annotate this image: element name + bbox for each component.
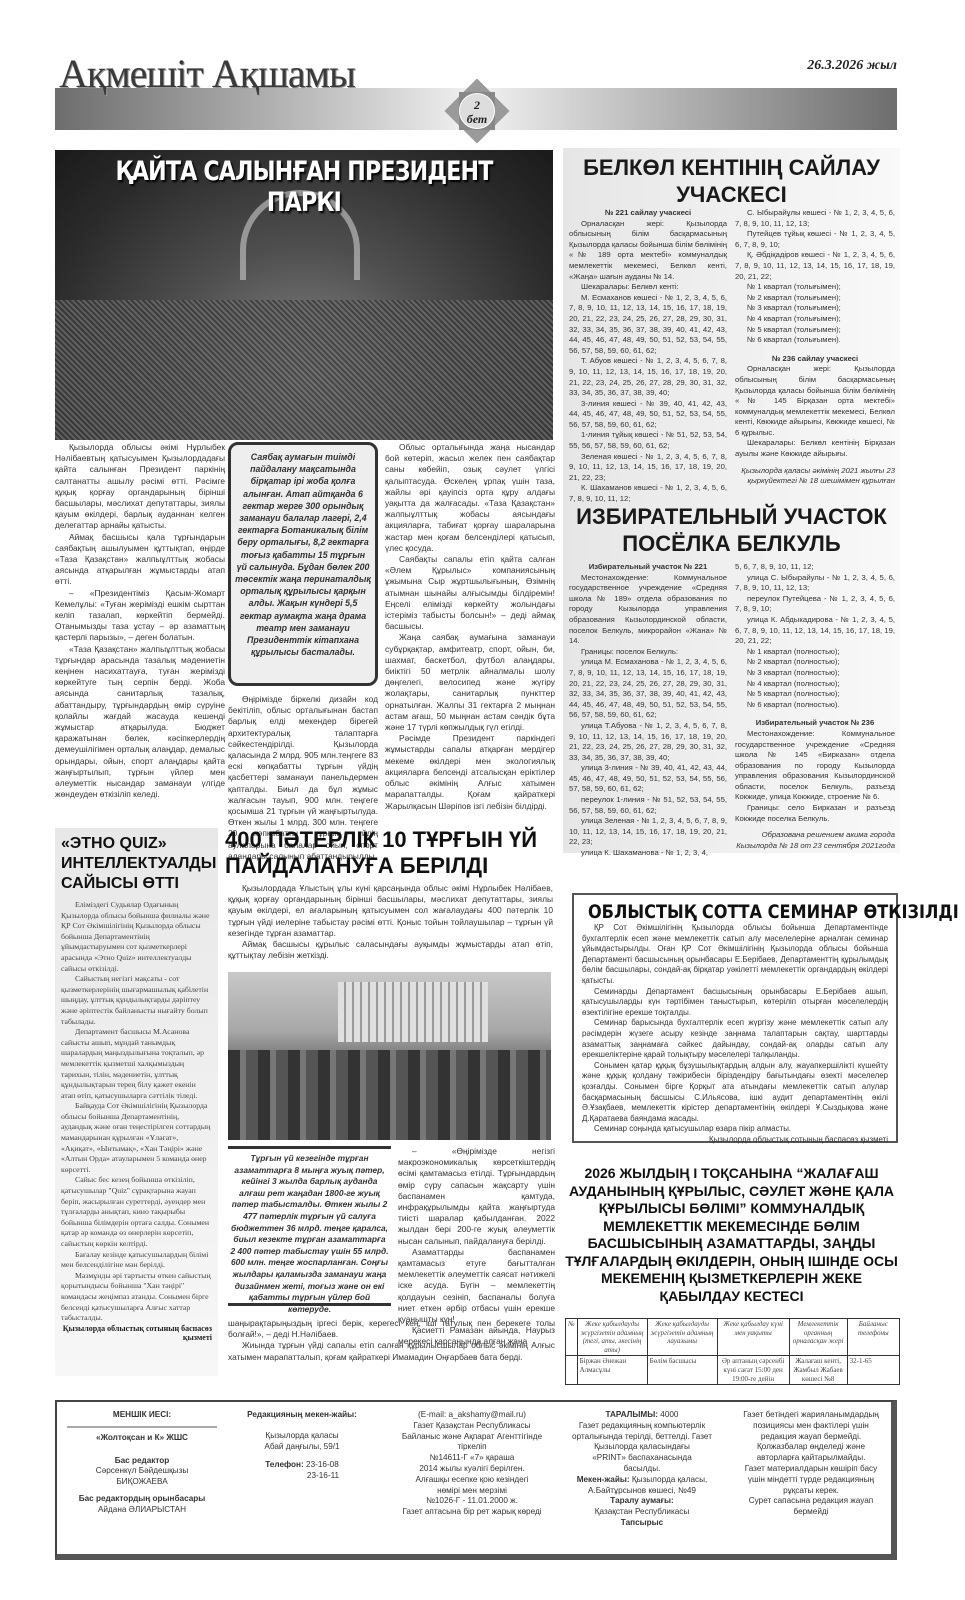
paragraph: № 2 квартал (полностью);	[735, 657, 895, 668]
disclaimer-line: Газет материалдарын көшіріп басу	[732, 1464, 890, 1475]
paragraph: улица Т.Абуова - № 1, 2, 3, 4, 5, 6, 7, …	[569, 721, 727, 763]
paragraph: Департамент басшысы М.Асанова сайысты аш…	[61, 1027, 212, 1101]
paragraph: Орналасқан жері: Қызылорда облысының біл…	[735, 364, 895, 438]
park-headline: ҚАЙТА САЛЫНҒАН ПРЕЗИДЕНТ ПАРКІ	[100, 156, 508, 218]
distribution-value: Қазақстан Республикасы	[562, 1507, 722, 1518]
paragraph: Семинар соңында қатысушылар өзара пікір …	[582, 1124, 888, 1135]
paragraph: Орналасқан жері: Қызылорда облысының біл…	[569, 219, 727, 283]
precinct-heading: № 221 сайлау учаскесі	[569, 208, 727, 219]
address-city: Қызылорда қаласы	[242, 1431, 362, 1442]
newspaper-title: Ақмешіт Ақшамы	[59, 50, 355, 97]
address-label: Редакцияның мекен-жайы:	[242, 1410, 362, 1421]
paragraph: – «Президентіміз Қасым-Жомарт Кемелұлы: …	[55, 588, 225, 644]
paragraph: Саябақты сапалы етіп қайта салған «Әлем …	[385, 554, 555, 632]
table-header-row: № Жеке қабылдауды жүргізетін адамның (те…	[566, 1319, 900, 1356]
paragraph: Сайыстың негізгі мақсаты - сот қызметкер…	[61, 974, 212, 1027]
paragraph: улица 3-линия - № 39, 40, 41, 42, 43, 44…	[569, 763, 727, 795]
ethno-quiz-headline: «ЭТНО QUIZ» ИНТЕЛЛЕКТУАЛДЫ САЙЫСЫ ӨТТІ	[61, 834, 212, 894]
paragraph: Жаңа саябақ аумағына заманауи субұрқақта…	[385, 632, 555, 733]
circulation-value: 4000	[660, 1410, 678, 1419]
circulation-label: ТАРАЛЫМЫ:	[606, 1410, 658, 1419]
column-header: Жеке қабылдау күні мен уақыты	[717, 1319, 789, 1356]
column-header: Мемлекеттік органның орналасқан жері	[789, 1319, 847, 1356]
paragraph: 5, 6, 7, 8, 9, 10, 11, 12;	[735, 562, 895, 573]
paragraph: № 2 квартал (толығымен);	[735, 293, 895, 304]
masthead: Ақмешіт Ақшамы 26.3.2026 жыл 2 бет	[55, 50, 897, 150]
paragraph: шаңырақтарыңыздың іргесі берік, керегесі…	[228, 1318, 555, 1340]
imprint-footer: МЕНШІК ИЕСІ: «Жолтоқсан и К» ЖШС Бас ред…	[55, 1400, 897, 1560]
paragraph: № 4 квартал (полностью);	[735, 679, 895, 690]
court-seminar-article: ОБЛЫСТЫҚ СОТТА СЕМИНАР ӨТКІЗІЛДІ ҚР Сот …	[572, 893, 898, 1143]
paragraph: Местонахождение: Коммунальное государств…	[569, 573, 727, 647]
column-header: Байланыс телефоны	[847, 1319, 899, 1356]
issue-date: 26.3.2026 жыл	[807, 58, 897, 74]
housing-tail: шаңырақтарыңыздың іргесі берік, керегесі…	[228, 1318, 555, 1363]
paragraph: Сонымен қатар құқық бұзушылықтардың алды…	[582, 1061, 888, 1125]
paragraph: переулок Путейцева - № 1, 2, 3, 4, 5, 6,…	[735, 594, 895, 615]
park-photo: ҚАЙТА САЛЫНҒАН ПРЕЗИДЕНТ ПАРКІ	[55, 150, 553, 440]
page-number-badge: 2 бет	[450, 78, 504, 148]
print-line: басылды.	[562, 1464, 722, 1475]
page-number: 2	[460, 98, 494, 112]
reg-line: Алғашқы есепке қою кезіндегі	[392, 1475, 552, 1486]
paragraph: Мазмұнды әрі тартысты өткен сайыстың қор…	[61, 1271, 212, 1324]
paragraph: № 3 квартал (толығымен);	[735, 303, 895, 314]
housing-headline: 400 ПӘТЕРЛІК 10 ТҰРҒЫН ҮЙ ПАЙДАЛАНУҒА БЕ…	[225, 827, 560, 879]
court-seminar-signature: Қызылорда облыстық сотының баспасөз қызм…	[582, 1135, 888, 1146]
disclaimer-line: Қолжазбалар өңделеді және	[732, 1442, 890, 1453]
paragraph: Аймақ басшысы құрылыс саласындағы ауқымд…	[228, 939, 553, 961]
paragraph: № 6 квартал (толығымен).	[735, 335, 895, 346]
paragraph: Байқауда Сот Әкімшілігінің Қызылорда обл…	[61, 1101, 212, 1175]
disclaimer-line: рұқсаты керек.	[732, 1486, 890, 1497]
reg-line: Газет Қазақстан Республикасы	[392, 1421, 552, 1432]
reg-line: Газет аптасына бір рет жарық көреді	[392, 1507, 552, 1518]
reg-line: №1026-Г - 11.01.2000 ж.	[392, 1496, 552, 1507]
paragraph: – «Өңірімізде негізгі макроэкономикалық …	[398, 1146, 555, 1247]
paragraph: № 4 квартал (толығымен);	[735, 314, 895, 325]
footer-print-column: ТАРАЛЫМЫ: 4000 Газет редакцияның компьют…	[562, 1410, 722, 1529]
paragraph: № 5 квартал (полностью);	[735, 689, 895, 700]
paragraph: 1-линия тұйық көшесі - № 51, 52, 53, 54,…	[569, 430, 727, 451]
paragraph: Т. Абуов көшесі - № 1, 2, 3, 4, 5, 6, 7,…	[569, 356, 727, 398]
housing-lead: Қызылордада Ұлыстың ұлы күні қарсаңында …	[228, 883, 553, 961]
paragraph: № 1 квартал (толығымен);	[735, 282, 895, 293]
park-pull-quote: Саябақ аумағын тиімді пайдалану мақсатын…	[228, 442, 378, 686]
belkol-headline: БЕЛКӨЛ КЕНТІНІҢ САЙЛАУ УЧАСКЕСІ	[563, 154, 900, 208]
paragraph: Рәсімде Президент паркіндегі жұмыстарды …	[385, 733, 555, 811]
paragraph: улица С. Ыбырайулы - № 1, 2, 3, 4, 5, 6,…	[735, 573, 895, 594]
paragraph: переулок 1-линия - № 51, 52, 53, 54, 55,…	[569, 795, 727, 816]
editor-name: Сәрсенкүл Бәйдешқызы	[67, 1466, 217, 1477]
paragraph: Путейцев тұйық көшесі - № 1, 2, 3, 4, 5,…	[735, 229, 895, 250]
paragraph: Қызылордада Ұлыстың ұлы күні қарсаңында …	[228, 883, 553, 939]
table-cell	[566, 1356, 578, 1385]
paragraph: № 5 квартал (толығымен);	[735, 325, 895, 336]
belkol-kz-column-1: № 221 сайлау учаскесіОрналасқан жері: Қы…	[569, 208, 727, 505]
paragraph: Аймақ басшысы қала тұрғындарын саябақтың…	[55, 532, 225, 588]
precinct-decree-note: Образована решением акима города Кызылор…	[735, 830, 895, 851]
park-column-1: Қызылорда облысы әкімі Нұрлыбек Нәлібаев…	[55, 442, 225, 801]
paragraph: Семинар барысында бухгалтерлік есеп жүрг…	[582, 1018, 888, 1060]
paragraph: Границы: село Бирказан и разъезд Кокжиде…	[735, 803, 895, 824]
disclaimer-line: редакция жауап бермейді.	[732, 1432, 890, 1443]
editor-label: Бас редактор	[67, 1456, 217, 1467]
table-row: Біржан Әнежан Алмасұлы Бөлім басшысы Әр …	[566, 1356, 900, 1385]
belkul-ru-column-1: Избирательный участок № 221Местонахожден…	[569, 562, 727, 859]
precinct-heading: Избирательный участок № 221	[569, 562, 727, 573]
divider	[67, 1426, 217, 1428]
paragraph: Зеленая көшесі - № 1, 2, 3, 4, 5, 6, 7, …	[569, 452, 727, 484]
precinct-heading: № 236 сайлау учаскесі	[735, 354, 895, 365]
deputy-label: Бас редактордың орынбасары	[67, 1494, 217, 1505]
paragraph: Қызылорда облысы әкімі Нұрлыбек Нәлібаев…	[55, 442, 225, 532]
table-cell: Бөлім басшысы	[647, 1356, 717, 1385]
ethno-quiz-signature: Қызылорда облыстық сотының баспасөз қызм…	[61, 1324, 212, 1342]
paragraph: № 3 квартал (полностью);	[735, 668, 895, 679]
paragraph: Жиында тұрғын үйді сапалы етіп салған құ…	[228, 1340, 555, 1362]
paragraph: Семинарды Департамент басшысының орынбас…	[582, 987, 888, 1019]
paragraph: С. Ыбырайұлы көшесі - № 1, 2, 3, 4, 5, 6…	[735, 208, 895, 229]
paragraph: Сайыс бес кезең бойынша өткізіліп, қатыс…	[61, 1175, 212, 1249]
footer-disclaimer-column: Газет бетіндегі жарияланымдардың позиция…	[732, 1410, 890, 1518]
disclaimer-line: позициясы мен фактілері үшін	[732, 1421, 890, 1432]
precinct-decree-note: Қызылорда қаласы әкімінің 2021 жылғы 23 …	[735, 466, 895, 487]
paragraph: Бағалау кезінде қатысушылардың білімі ме…	[61, 1250, 212, 1271]
belkul-headline: ИЗБИРАТЕЛЬНЫЙ УЧАСТОК ПОСЁЛКА БЕЛКУЛЬ	[563, 503, 900, 557]
table-cell: Әр аптаның сәрсенбі күні сағат 15:00 ден…	[717, 1356, 789, 1385]
disclaimer-line: Газет бетіндегі жарияланымдардың	[732, 1410, 890, 1421]
table-cell: Жалағаш кенті, Жамбыл Жабаев көшесі №8	[789, 1356, 847, 1385]
page-word: бет	[460, 112, 494, 126]
paragraph: Шекаралары: Белкөл кентінің Бірқазан ауы…	[735, 438, 895, 459]
reg-line: 2014 жылы куәлігі берілген.	[392, 1464, 552, 1475]
column-header: №	[566, 1319, 578, 1356]
precinct-heading: Избирательный участок № 236	[735, 718, 895, 729]
print-line: Қызылорда қаласындағы	[562, 1442, 722, 1453]
schedule-headline: 2026 ЖЫЛДЫҢ І ТОҚСАНЫНА “ЖАЛАҒАШ АУДАНЫН…	[563, 1165, 900, 1305]
footer-address-column: Редакцияның мекен-жайы: Қызылорда қаласы…	[242, 1410, 362, 1482]
table-cell: 32-1-65	[847, 1356, 899, 1385]
paragraph: № 6 квартал (полностью).	[735, 700, 895, 711]
reg-line: №14611-Г «7» қараша	[392, 1453, 552, 1464]
reg-line: Байланыс және Ақпарат Агенттігінде	[392, 1432, 552, 1443]
column-header: Жеке қабылдауды жүргізетін адамның (тегі…	[577, 1319, 647, 1356]
paragraph: М. Есмаханов көшесі - № 1, 2, 3, 4, 5, 6…	[569, 293, 727, 357]
print-line: Газет редакцияның компьютерлік	[562, 1421, 722, 1432]
paragraph: улица К. Шахаманова - № 1, 2, 3, 4,	[569, 848, 727, 859]
phone-1: 23-16-08	[306, 1460, 339, 1469]
paragraph: Еліміздегі Судьялар Одағының Қызылорда о…	[61, 900, 212, 974]
paragraph: К. Шахаманов көшесі - № 1, 2, 3, 4, 5, 6…	[569, 483, 727, 504]
paragraph: 3-линия көшесі - № 39, 40, 41, 42, 43, 4…	[569, 399, 727, 431]
court-seminar-headline: ОБЛЫСТЫҚ СОТТА СЕМИНАР ӨТКІЗІЛДІ	[588, 901, 882, 923]
ethno-quiz-body: Еліміздегі Судьялар Одағының Қызылорда о…	[61, 900, 212, 1324]
housing-photo	[228, 972, 551, 1140]
editor-surname: БИҚОЖАЕВА	[67, 1477, 217, 1488]
footer-registration-column: (E-mail: a_akshamy@mail.ru) Газет Қазақс…	[392, 1410, 552, 1518]
paragraph: Облыс орталығында жаңа нысандар бой көте…	[385, 442, 555, 554]
paragraph: ҚР Сот Әкімшілігінің Қызылорда облысы бо…	[582, 923, 888, 987]
print-address-label: Мекен-жайы:	[577, 1475, 630, 1484]
paragraph: Азаматтарды баспанамен қамтамасыз етуге …	[398, 1247, 555, 1325]
reception-schedule-table: № Жеке қабылдауды жүргізетін адамның (те…	[565, 1318, 900, 1385]
paragraph: Границы: поселок Белкуль:	[569, 647, 727, 658]
disclaimer-line: үшін міндетті түрде редакцияның	[732, 1475, 890, 1486]
distribution-label: Таралу аумағы:	[562, 1496, 722, 1507]
reg-line: тіркеліп	[392, 1442, 552, 1453]
email: (E-mail: a_akshamy@mail.ru)	[392, 1410, 552, 1421]
paragraph: улица М. Есмаханова - № 1, 2, 3, 4, 5, 6…	[569, 657, 727, 721]
election-precinct-block: БЕЛКӨЛ КЕНТІНІҢ САЙЛАУ УЧАСКЕСІ № 221 са…	[563, 148, 900, 853]
footer-owner-column: МЕНШІК ИЕСІ: «Жолтоқсан и К» ЖШС Бас ред…	[67, 1410, 217, 1516]
park-column-3: Облыс орталығында жаңа нысандар бой көте…	[385, 442, 555, 812]
print-line: «PRINT» баспаханасында	[562, 1453, 722, 1464]
table-cell: Біржан Әнежан Алмасұлы	[577, 1356, 647, 1385]
column-header: Жеке қабылдауды жүргізетін адамның лауаз…	[647, 1319, 717, 1356]
phone-2: 23-16-11	[242, 1471, 362, 1482]
belkol-kz-column-2: С. Ыбырайұлы көшесі - № 1, 2, 3, 4, 5, 6…	[735, 208, 895, 487]
building-shape	[338, 982, 488, 1042]
paragraph: № 1 квартал (полностью);	[735, 647, 895, 658]
housing-pull-quote: Тұрғын үй кезегінде тұрған азаматтарға 8…	[228, 1146, 391, 1306]
disclaimer-line: Сурет сапасына редакция жауап	[732, 1496, 890, 1507]
paragraph: улица Зеленая - № 1, 2, 3, 4, 5, 6, 7, 8…	[569, 816, 727, 848]
print-line: орталығында терілді, беттелді. Газет	[562, 1432, 722, 1443]
paragraph: Местонахождение: Коммунальное государств…	[735, 729, 895, 803]
deputy-name: Айдана ӘЛИАРЫСТАН	[67, 1505, 217, 1516]
phone-label: Телефон:	[265, 1460, 304, 1469]
paragraph: «Таза Қазақстан» жалпыұлттық жобасы тұрғ…	[55, 644, 225, 801]
disclaimer-line: авторларға қайтарылмайды.	[732, 1453, 890, 1464]
owner-label: МЕНШІК ИЕСІ:	[67, 1410, 217, 1421]
court-seminar-body: ҚР Сот Әкімшілігінің Қызылорда облысы бо…	[582, 923, 888, 1145]
crowd-texture	[55, 300, 553, 440]
owner-name: «Жолтоқсан и К» ЖШС	[67, 1433, 217, 1444]
paragraph: улица К. Абдыкадирова - № 1, 2, 3, 4, 5,…	[735, 615, 895, 647]
disclaimer-line: бермейді	[732, 1507, 890, 1518]
paragraph: Қ. Әбдіқадіров көшесі - № 1, 2, 3, 4, 5,…	[735, 250, 895, 282]
address-street: Абай даңғылы, 59/1	[242, 1442, 362, 1453]
page-number-circle: 2 бет	[459, 93, 495, 129]
reg-line: нөмірі мен мерзімі	[392, 1486, 552, 1497]
order-label: Тапсырыс	[562, 1518, 722, 1529]
belkul-ru-column-2: 5, 6, 7, 8, 9, 10, 11, 12;улица С. Ыбыра…	[735, 562, 895, 851]
ethno-quiz-article: «ЭТНО QUIZ» ИНТЕЛЛЕКТУАЛДЫ САЙЫСЫ ӨТТІ Е…	[55, 828, 218, 1376]
people-texture	[228, 1050, 551, 1140]
paragraph: Шекаралары: Белкөл кенті:	[569, 282, 727, 293]
